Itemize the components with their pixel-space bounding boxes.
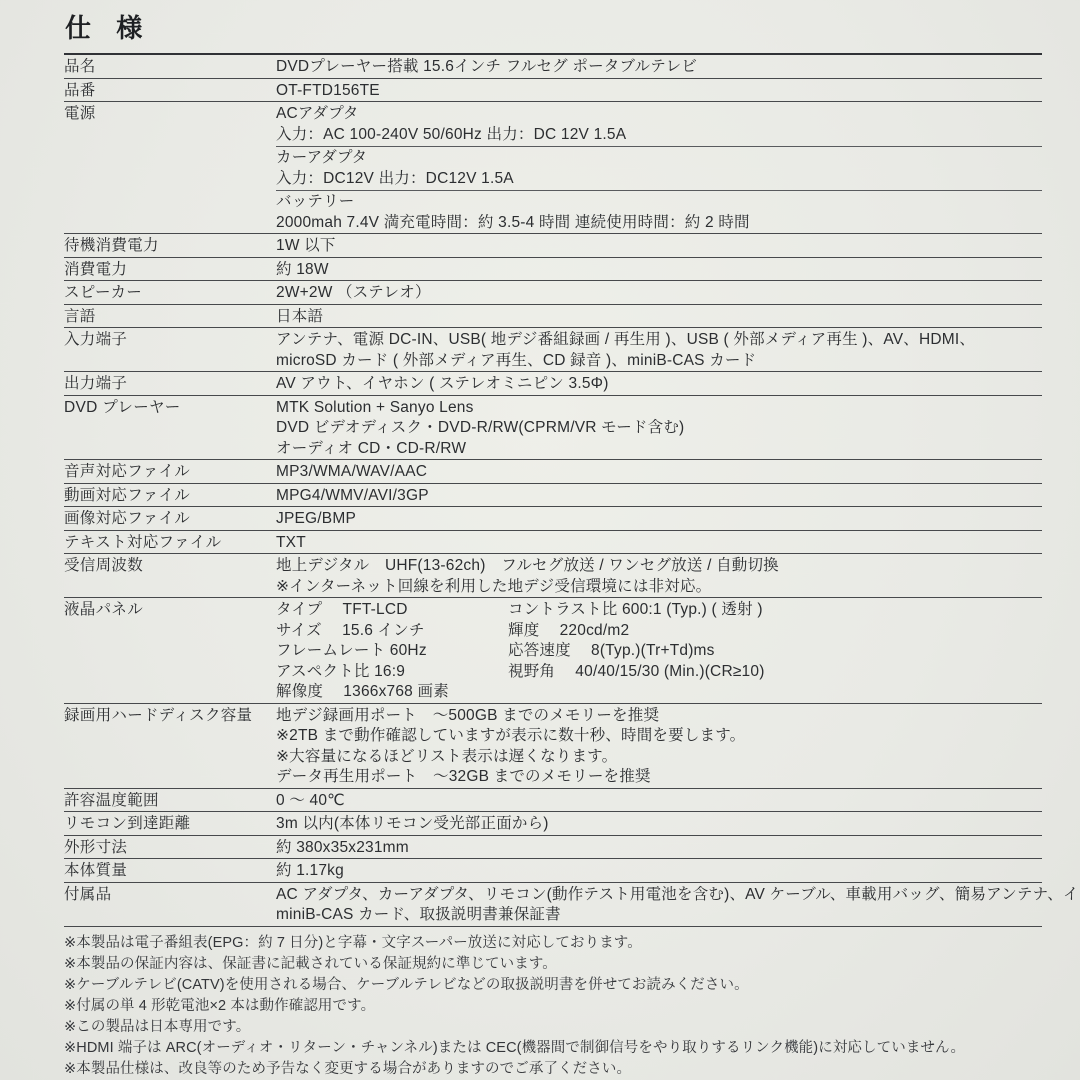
row-value: OT-FTD156TE xyxy=(276,79,1042,102)
table-row: 外形寸法約 380x35x231mm xyxy=(64,836,1042,860)
table-row: 許容温度範囲0 ～ 40℃ xyxy=(64,789,1042,813)
value-line: 1W 以下 xyxy=(276,236,1042,257)
value-line: TXT xyxy=(276,533,1042,554)
power-source-detail: 2000mah 7.4V 満充電時間：約 3.5-4 時間 連続使用時間：約 2… xyxy=(276,213,1042,234)
power-source-name: カーアダプタ xyxy=(276,148,1042,169)
value-line: AC アダプタ、カーアダプタ、リモコン(動作テスト用電池を含む)、AV ケーブル… xyxy=(276,885,1042,906)
row-value: 3m 以内(本体リモコン受光部正面から) xyxy=(276,812,1042,835)
row-label: 動画対応ファイル xyxy=(64,484,276,507)
lcd-spec-right: 視野角 40/40/15/30 (Min.)(CR≥10) xyxy=(508,662,765,683)
value-line: microSD カード ( 外部メディア再生、CD 録音 )、miniB-CAS… xyxy=(276,351,1042,372)
value-line: ※大容量になるほどリスト表示は遅くなります。 xyxy=(276,747,1042,768)
value-line: MPG4/WMV/AVI/3GP xyxy=(276,486,1042,507)
value-line: OT-FTD156TE xyxy=(276,81,1042,102)
row-value: 1W 以下 xyxy=(276,234,1042,257)
table-row: スピーカー2W+2W （ステレオ） xyxy=(64,281,1042,305)
row-value: タイプ TFT-LCDコントラスト比 600:1 (Typ.) ( 透射 )サイ… xyxy=(276,598,1042,703)
note-line: ※本製品の保証内容は、保証書に記載されている保証規約に準じています。 xyxy=(64,954,1042,975)
lcd-spec-right: コントラスト比 600:1 (Typ.) ( 透射 ) xyxy=(508,600,763,621)
row-label: 受信周波数 xyxy=(64,554,276,597)
table-row: 付属品AC アダプタ、カーアダプタ、リモコン(動作テスト用電池を含む)、AV ケ… xyxy=(64,883,1042,927)
row-value: TXT xyxy=(276,531,1042,554)
table-row: 音声対応ファイルMP3/WMA/WAV/AAC xyxy=(64,460,1042,484)
row-value: MP3/WMA/WAV/AAC xyxy=(276,460,1042,483)
power-source-name: バッテリー xyxy=(276,192,1042,213)
table-row: テキスト対応ファイルTXT xyxy=(64,531,1042,555)
value-line: 約 1.17kg xyxy=(276,861,1042,882)
lcd-spec-left: タイプ TFT-LCD xyxy=(276,600,508,621)
value-line: 地上デジタル UHF(13-62ch) フルセグ放送 / ワンセグ放送 / 自動… xyxy=(276,556,1042,577)
table-row: DVD プレーヤーMTK Solution + Sanyo LensDVD ビデ… xyxy=(64,396,1042,461)
lcd-spec-left: アスペクト比 16:9 xyxy=(276,662,508,683)
row-value: 地上デジタル UHF(13-62ch) フルセグ放送 / ワンセグ放送 / 自動… xyxy=(276,554,1042,597)
table-row: 待機消費電力1W 以下 xyxy=(64,234,1042,258)
notes-list: ※本製品は電子番組表(EPG：約 7 日分)と字幕・文字スーパー放送に対応してお… xyxy=(64,933,1042,1080)
value-line: アンテナ、電源 DC-IN、USB( 地デジ番組録画 / 再生用 )、USB (… xyxy=(276,330,1042,351)
value-line: 2W+2W （ステレオ） xyxy=(276,283,1042,304)
value-line: データ再生用ポート ～32GB までのメモリーを推奨 xyxy=(276,767,1042,788)
table-row: 品番OT-FTD156TE xyxy=(64,79,1042,103)
row-label: 待機消費電力 xyxy=(64,234,276,257)
table-row: 消費電力約 18W xyxy=(64,258,1042,282)
lcd-spec-line: 解像度 1366x768 画素 xyxy=(276,682,1042,703)
value-line: 0 ～ 40℃ xyxy=(276,791,1042,812)
row-label: 画像対応ファイル xyxy=(64,507,276,530)
row-label: スピーカー xyxy=(64,281,276,304)
value-line: オーディオ CD・CD-R/RW xyxy=(276,439,1042,460)
lcd-spec-right: 輝度 220cd/m2 xyxy=(508,621,629,642)
row-value: AV アウト、イヤホン ( ステレオミニピン 3.5Φ) xyxy=(276,372,1042,395)
row-label: DVD プレーヤー xyxy=(64,396,276,460)
lcd-spec-line: サイズ 15.6 インチ輝度 220cd/m2 xyxy=(276,621,1042,642)
table-row: 受信周波数地上デジタル UHF(13-62ch) フルセグ放送 / ワンセグ放送… xyxy=(64,554,1042,598)
power-source-name: ACアダプタ xyxy=(276,104,1042,125)
value-line: 3m 以内(本体リモコン受光部正面から) xyxy=(276,814,1042,835)
spec-table: 品名DVDプレーヤー搭載 15.6インチ フルセグ ポータブルテレビ品番OT-F… xyxy=(64,53,1042,927)
row-label: テキスト対応ファイル xyxy=(64,531,276,554)
value-line: 約 380x35x231mm xyxy=(276,838,1042,859)
row-value: 約 380x35x231mm xyxy=(276,836,1042,859)
row-value: 2W+2W （ステレオ） xyxy=(276,281,1042,304)
row-label: 出力端子 xyxy=(64,372,276,395)
row-label: 付属品 xyxy=(64,883,276,926)
row-value: MPG4/WMV/AVI/3GP xyxy=(276,484,1042,507)
note-line: ※付属の単 4 形乾電池×2 本は動作確認用です。 xyxy=(64,996,1042,1017)
note-line: ※本製品は電子番組表(EPG：約 7 日分)と字幕・文字スーパー放送に対応してお… xyxy=(64,933,1042,954)
row-label: 品名 xyxy=(64,55,276,78)
value-line: JPEG/BMP xyxy=(276,509,1042,530)
note-line: ※本製品仕様は、改良等のため予告なく変更する場合がありますのでご承了ください。 xyxy=(64,1059,1042,1080)
paper-sheet: 仕 様 品名DVDプレーヤー搭載 15.6インチ フルセグ ポータブルテレビ品番… xyxy=(64,12,1042,1080)
lcd-spec-left: サイズ 15.6 インチ xyxy=(276,621,508,642)
row-label: 入力端子 xyxy=(64,328,276,371)
table-row: 画像対応ファイルJPEG/BMP xyxy=(64,507,1042,531)
value-line: DVD ビデオディスク・DVD-R/RW(CPRM/VR モード含む) xyxy=(276,418,1042,439)
note-line: ※ケーブルテレビ(CATV)を使用される場合、ケーブルテレビなどの取扱説明書を併… xyxy=(64,975,1042,996)
value-line: AV アウト、イヤホン ( ステレオミニピン 3.5Φ) xyxy=(276,374,1042,395)
row-value: 地デジ録画用ポート ～500GB までのメモリーを推奨※2TB まで動作確認して… xyxy=(276,704,1042,788)
row-label: 品番 xyxy=(64,79,276,102)
page-title: 仕 様 xyxy=(65,12,1042,44)
note-line: ※この製品は日本専用です。 xyxy=(64,1017,1042,1038)
row-label: 電源 xyxy=(64,102,276,233)
lcd-spec-left: フレームレート 60Hz xyxy=(276,641,508,662)
lcd-spec-right: 応答速度 8(Typ.)(Tr+Td)ms xyxy=(508,641,715,662)
value-line: MTK Solution + Sanyo Lens xyxy=(276,398,1042,419)
table-row: 出力端子AV アウト、イヤホン ( ステレオミニピン 3.5Φ) xyxy=(64,372,1042,396)
value-line: ※インターネット回線を利用した地デジ受信環境には非対応。 xyxy=(276,577,1042,598)
row-label: 液晶パネル xyxy=(64,598,276,703)
value-line: MP3/WMA/WAV/AAC xyxy=(276,462,1042,483)
table-row: 入力端子アンテナ、電源 DC-IN、USB( 地デジ番組録画 / 再生用 )、U… xyxy=(64,328,1042,372)
value-line: 約 18W xyxy=(276,260,1042,281)
value-line: DVDプレーヤー搭載 15.6インチ フルセグ ポータブルテレビ xyxy=(276,57,1042,78)
row-value: DVDプレーヤー搭載 15.6インチ フルセグ ポータブルテレビ xyxy=(276,55,1042,78)
row-value: ACアダプタ入力：AC 100-240V 50/60Hz 出力：DC 12V 1… xyxy=(276,102,1042,233)
row-value: AC アダプタ、カーアダプタ、リモコン(動作テスト用電池を含む)、AV ケーブル… xyxy=(276,883,1042,926)
lcd-spec-left: 解像度 1366x768 画素 xyxy=(276,682,508,703)
row-value: JPEG/BMP xyxy=(276,507,1042,530)
lcd-spec-line: タイプ TFT-LCDコントラスト比 600:1 (Typ.) ( 透射 ) xyxy=(276,600,1042,621)
lcd-spec-line: アスペクト比 16:9視野角 40/40/15/30 (Min.)(CR≥10) xyxy=(276,662,1042,683)
row-value: MTK Solution + Sanyo LensDVD ビデオディスク・DVD… xyxy=(276,396,1042,460)
row-label: 言語 xyxy=(64,305,276,328)
table-row: 本体質量約 1.17kg xyxy=(64,859,1042,883)
row-value: アンテナ、電源 DC-IN、USB( 地デジ番組録画 / 再生用 )、USB (… xyxy=(276,328,1042,371)
table-row: 動画対応ファイルMPG4/WMV/AVI/3GP xyxy=(64,484,1042,508)
power-source-detail: 入力：AC 100-240V 50/60Hz 出力：DC 12V 1.5A xyxy=(276,125,1042,148)
row-label: 外形寸法 xyxy=(64,836,276,859)
row-label: 消費電力 xyxy=(64,258,276,281)
row-label: リモコン到達距離 xyxy=(64,812,276,835)
table-row: 録画用ハードディスク容量地デジ録画用ポート ～500GB までのメモリーを推奨※… xyxy=(64,704,1042,789)
lcd-spec-line: フレームレート 60Hz応答速度 8(Typ.)(Tr+Td)ms xyxy=(276,641,1042,662)
note-line: ※HDMI 端子は ARC(オーディオ・リターン・チャンネル)または CEC(機… xyxy=(64,1038,1042,1059)
row-value: 約 1.17kg xyxy=(276,859,1042,882)
value-line: 地デジ録画用ポート ～500GB までのメモリーを推奨 xyxy=(276,706,1042,727)
row-label: 本体質量 xyxy=(64,859,276,882)
row-value: 約 18W xyxy=(276,258,1042,281)
table-row: 電源ACアダプタ入力：AC 100-240V 50/60Hz 出力：DC 12V… xyxy=(64,102,1042,234)
power-source-detail: 入力：DC12V 出力：DC12V 1.5A xyxy=(276,169,1042,192)
table-row: 品名DVDプレーヤー搭載 15.6インチ フルセグ ポータブルテレビ xyxy=(64,55,1042,79)
table-row: リモコン到達距離3m 以内(本体リモコン受光部正面から) xyxy=(64,812,1042,836)
value-line: ※2TB まで動作確認していますが表示に数十秒、時間を要します。 xyxy=(276,726,1042,747)
value-line: miniB-CAS カード、取扱説明書兼保証書 xyxy=(276,905,1042,926)
row-value: 0 ～ 40℃ xyxy=(276,789,1042,812)
row-label: 音声対応ファイル xyxy=(64,460,276,483)
row-label: 録画用ハードディスク容量 xyxy=(64,704,276,788)
table-row: 言語日本語 xyxy=(64,305,1042,329)
table-row: 液晶パネルタイプ TFT-LCDコントラスト比 600:1 (Typ.) ( 透… xyxy=(64,598,1042,704)
row-label: 許容温度範囲 xyxy=(64,789,276,812)
value-line: 日本語 xyxy=(276,307,1042,328)
row-value: 日本語 xyxy=(276,305,1042,328)
